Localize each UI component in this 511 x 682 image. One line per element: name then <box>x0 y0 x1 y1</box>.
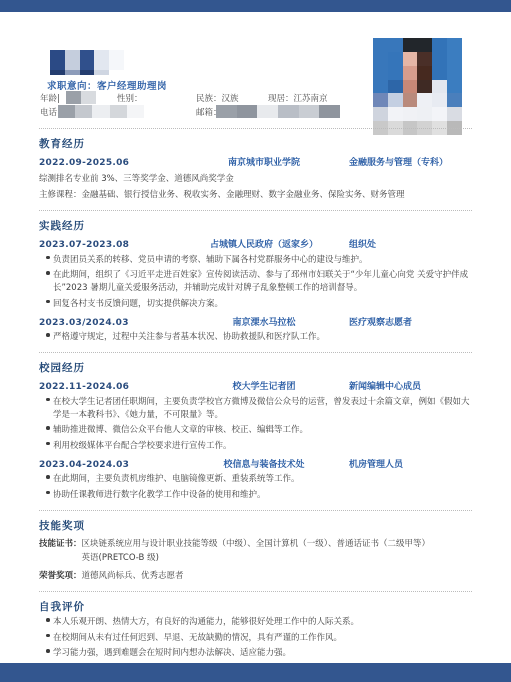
age-value-redacted <box>66 91 96 104</box>
bullet-item: 利用校级媒体平台配合学校要求进行宣传工作。 <box>39 440 472 453</box>
bullet-dot <box>39 424 53 437</box>
top-accent-bar <box>0 0 511 12</box>
section-divider <box>39 128 472 129</box>
skills-awards: 荣誉奖项： 道德风尚标兵、优秀志愿者 <box>39 569 472 583</box>
education-honors: 综测排名专业前 3%、三等奖学金、道德风尚奖学金 <box>39 173 472 186</box>
bullet-dot <box>39 632 53 645</box>
section-campus: 校园经历 2022.11-2024.06 校大学生记者团 新闻编辑中心成员 在校… <box>39 360 472 502</box>
bottom-accent-bar <box>0 663 511 682</box>
entry-role: 医疗观察志愿者 <box>349 317 472 329</box>
bullet-item: 回复各村支书反馈问题，切实提供解决方案。 <box>39 298 472 311</box>
skills-certificates: 技能证书： 区块链系统应用与设计职业技能等级（中级）、全国计算机（一级）、普通话… <box>39 537 472 565</box>
bullet-dot <box>39 489 53 502</box>
entry-org: 校大学生记者团 <box>179 381 349 393</box>
job-intention: 求职意向：客户经理助理岗 <box>47 78 167 92</box>
education-entry: 2022.09-2025.06 南京城市职业学院 金融服务与管理（专科） <box>39 157 472 169</box>
entry-date: 2023.03/2024.03 <box>39 317 179 329</box>
bullet-item: 协助任课教师进行数字化教学工作中设备的使用和维护。 <box>39 489 472 502</box>
campus-entry: 2022.11-2024.06 校大学生记者团 新闻编辑中心成员 <box>39 381 472 393</box>
bullet-item: 严格遵守规定，过程中关注参与者基本状况、协助救援队和医疗队工作。 <box>39 331 472 344</box>
candidate-name-redacted <box>50 50 124 75</box>
bullet-dot <box>39 254 53 267</box>
bullet-dot <box>39 331 53 344</box>
practice-entry: 2023.03/2024.03 南京溧水马拉松 医疗观察志愿者 <box>39 317 472 329</box>
section-title-practice: 实践经历 <box>39 218 472 233</box>
section-skills: 技能奖项 技能证书： 区块链系统应用与设计职业技能等级（中级）、全国计算机（一级… <box>39 518 472 583</box>
certificates-value: 区块链系统应用与设计职业技能等级（中级）、全国计算机（一级）、普通话证书（二级甲… <box>82 537 431 565</box>
residence-field: 现居：江苏南京 <box>268 92 328 104</box>
resume-page: 求职意向：客户经理助理岗 年龄| 性别： 民族：汉族 现居：江苏南京 电话： 邮… <box>0 0 511 682</box>
certificates-line-2: 英语(PRETCO-B 级) <box>82 551 431 565</box>
entry-date: 2022.09-2025.06 <box>39 157 179 169</box>
bullet-item: 学习能力强，遇到难题会在短时间内想办法解决、适应能力强。 <box>39 647 472 660</box>
section-title-skills: 技能奖项 <box>39 518 472 533</box>
bullet-item: 在此期间，主要负责机房维护、电脑镜像更新、重装系统等工作。 <box>39 473 472 486</box>
bullet-dot <box>39 298 53 311</box>
bullet-item: 本人乐观开朗、热情大方，有良好的沟通能力，能够很好处理工作中的人际关系。 <box>39 616 472 629</box>
entry-role: 新闻编辑中心成员 <box>349 381 472 393</box>
entry-org: 校信息与装备技术处 <box>179 459 349 471</box>
entry-major: 金融服务与管理（专科） <box>349 157 472 169</box>
certificates-label: 技能证书： <box>39 537 82 565</box>
section-education: 教育经历 2022.09-2025.06 南京城市职业学院 金融服务与管理（专科… <box>39 136 472 202</box>
bullet-item: 在此期间，组织了《习近平走进百姓家》宣传阅读活动、参与了邳州市妇联关于“少年儿童… <box>39 269 472 295</box>
bullet-dot <box>39 616 53 629</box>
entry-role: 组织处 <box>349 239 472 251</box>
entry-role: 机房管理人员 <box>349 459 472 471</box>
bullet-item: 负责团员关系的转移、党员申请的考察、辅助下属各村党群服务中心的建设与维护。 <box>39 254 472 267</box>
bullet-item: 在校期间从未有过任何迟到、早退、无故缺勤的情况，具有严谨的工作作风。 <box>39 632 472 645</box>
resume-content: 求职意向：客户经理助理岗 年龄| 性别： 民族：汉族 现居：江苏南京 电话： 邮… <box>39 12 472 676</box>
section-practice: 实践经历 2023.07-2023.08 占城镇人民政府（返家乡） 组织处 负责… <box>39 218 472 344</box>
resume-header: 求职意向：客户经理助理岗 年龄| 性别： 民族：汉族 现居：江苏南京 电话： 邮… <box>39 12 472 120</box>
phone-value-redacted <box>58 105 144 118</box>
bullet-dot <box>39 647 53 660</box>
section-divider <box>39 210 472 211</box>
bullet-item: 在校大学生记者团任职期间，主要负责学校官方微博及微信公众号的运营，曾发表过十余篇… <box>39 396 472 422</box>
bullet-dot <box>39 396 53 422</box>
entry-org: 占城镇人民政府（返家乡） <box>179 239 349 251</box>
entry-date: 2023.07-2023.08 <box>39 239 179 251</box>
age-label: 年龄| <box>40 92 60 104</box>
education-courses: 主修课程：金融基础、银行授信业务、税收实务、金融理财、数字金融业务、保险实务、财… <box>39 189 472 202</box>
section-title-campus: 校园经历 <box>39 360 472 375</box>
bullet-dot <box>39 269 53 295</box>
bullet-dot <box>39 440 53 453</box>
section-divider <box>39 510 472 511</box>
gender-label: 性别： <box>117 92 143 104</box>
campus-entry: 2023.04-2024.03 校信息与装备技术处 机房管理人员 <box>39 459 472 471</box>
section-title-education: 教育经历 <box>39 136 472 151</box>
bullet-item: 辅助推进微博、微信公众平台他人文章的审核、校正、编辑等工作。 <box>39 424 472 437</box>
practice-entry: 2023.07-2023.08 占城镇人民政府（返家乡） 组织处 <box>39 239 472 251</box>
section-divider <box>39 591 472 592</box>
entry-date: 2023.04-2024.03 <box>39 459 179 471</box>
entry-org: 南京溧水马拉松 <box>179 317 349 329</box>
bullet-dot <box>39 473 53 486</box>
awards-label: 荣誉奖项： <box>39 569 82 583</box>
entry-school: 南京城市职业学院 <box>179 157 349 169</box>
email-value-redacted <box>216 105 340 118</box>
section-divider <box>39 352 472 353</box>
section-title-evaluation: 自我评价 <box>39 599 472 614</box>
certificates-line-1: 区块链系统应用与设计职业技能等级（中级）、全国计算机（一级）、普通话证书（二级甲… <box>82 537 431 551</box>
awards-value: 道德风尚标兵、优秀志愿者 <box>82 569 184 583</box>
entry-date: 2022.11-2024.06 <box>39 381 179 393</box>
ethnicity-field: 民族：汉族 <box>196 92 239 104</box>
